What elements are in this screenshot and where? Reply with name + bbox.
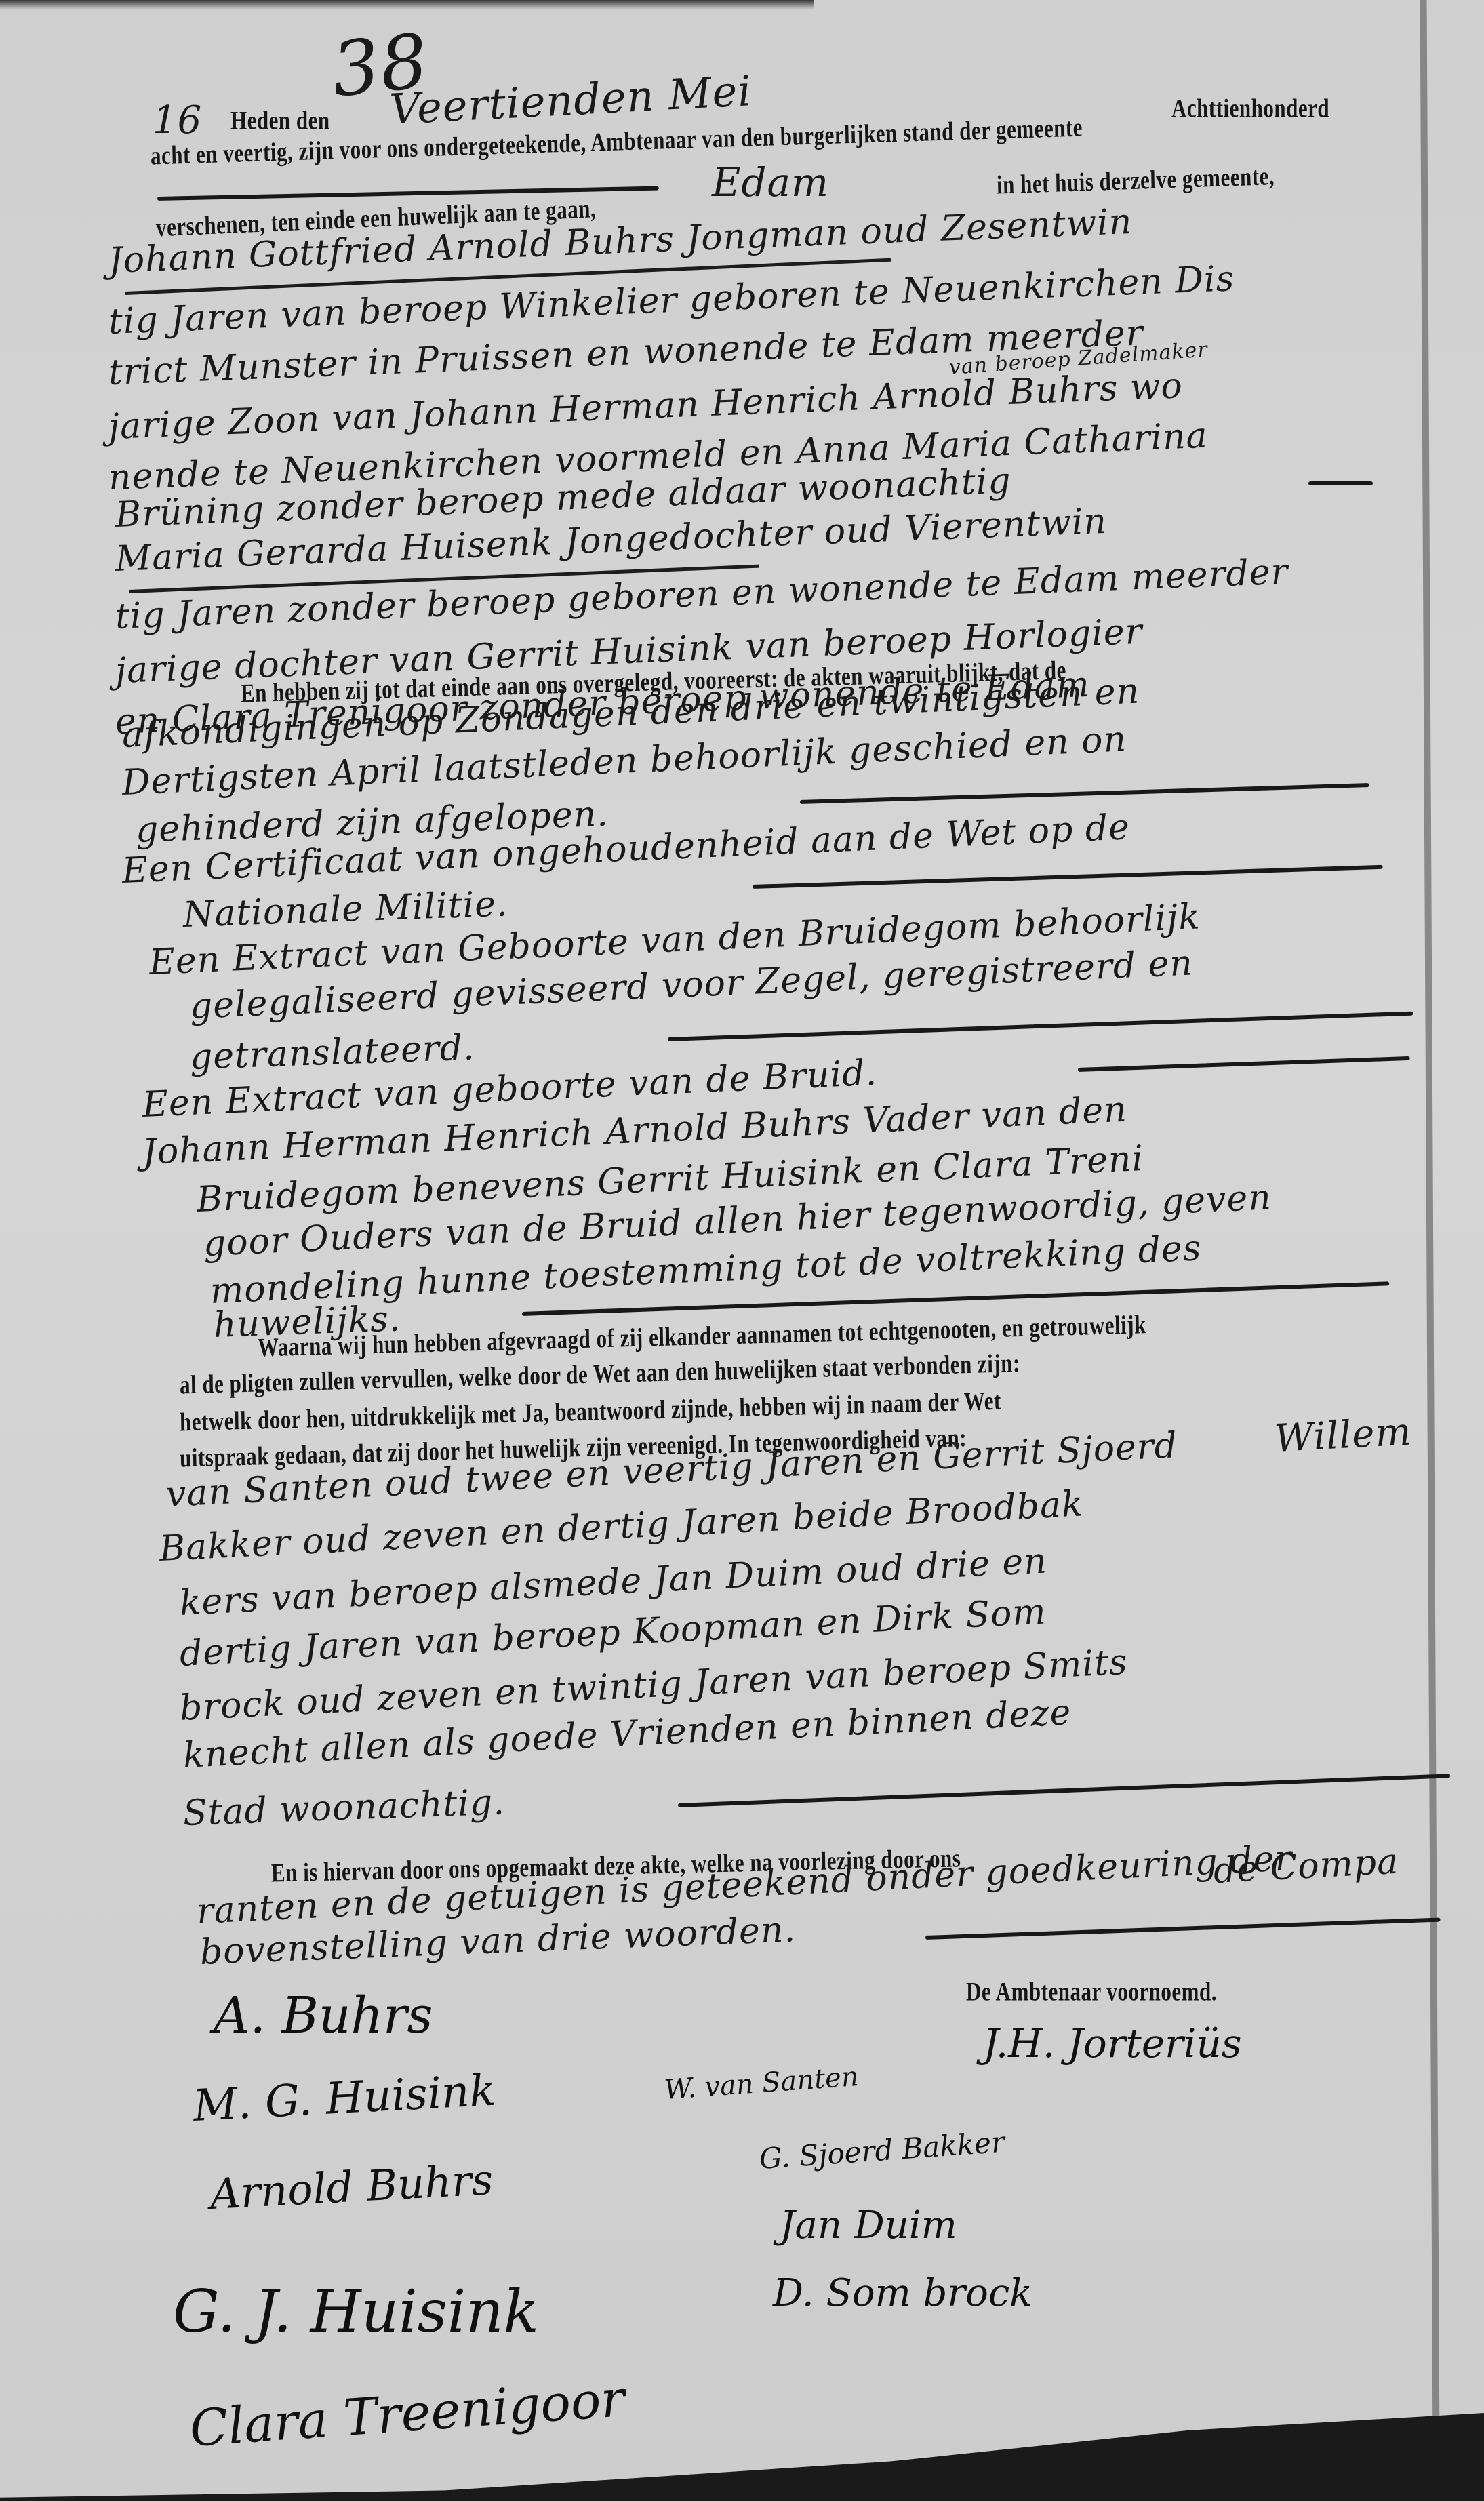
line-end-rule — [1308, 481, 1373, 485]
signature-official: J.H. Jorteriüs — [983, 2020, 1242, 2066]
line-end-rule — [1078, 1056, 1410, 1072]
signature: Clara Treenigoor — [188, 2369, 626, 2458]
documents-line: getranslateerd. — [189, 1027, 476, 1078]
right-margin-rule — [1420, 0, 1440, 2441]
header-printed-heden: Heden den — [230, 106, 330, 136]
heden-den-text: Heden den — [230, 106, 330, 136]
line-end-rule — [800, 783, 1369, 804]
signature: M. G. Huisink — [192, 2066, 497, 2132]
header-achttienhonderd: Achttienhonderd — [1171, 94, 1329, 124]
signature: Arnold Buhrs — [209, 2155, 494, 2219]
documents-line: Nationale Militie. — [182, 883, 509, 936]
act-number: 16 — [153, 98, 202, 142]
signature: W. van Santen — [663, 2061, 860, 2106]
signature: A. Buhrs — [214, 1986, 433, 2045]
line-end-rule — [668, 1012, 1413, 1041]
signature: Jan Duim — [780, 2203, 957, 2247]
line-end-rule — [753, 865, 1383, 889]
line-end-rule — [925, 1917, 1441, 1940]
official-label: De Ambtenaar voornoemd. — [966, 1977, 1217, 2007]
signature: D. Som brock — [773, 2271, 1032, 2315]
place-handwritten: Edam — [712, 159, 829, 205]
document-page: 38 16 Heden den Veertienden Mei Achttien… — [0, 0, 1484, 2501]
header-line-3: in het huis derzelve gemeente, — [997, 161, 1275, 200]
witness-start-handwritten: Willem — [1273, 1409, 1413, 1461]
signature: G. Sjoerd Bakker — [758, 2125, 1005, 2176]
line-end-rule — [678, 1774, 1450, 1807]
signature: G. J. Huisink — [173, 2278, 539, 2346]
witness-line: Stad woonachtig. — [182, 1782, 506, 1834]
page-top-shadow — [0, 0, 814, 9]
